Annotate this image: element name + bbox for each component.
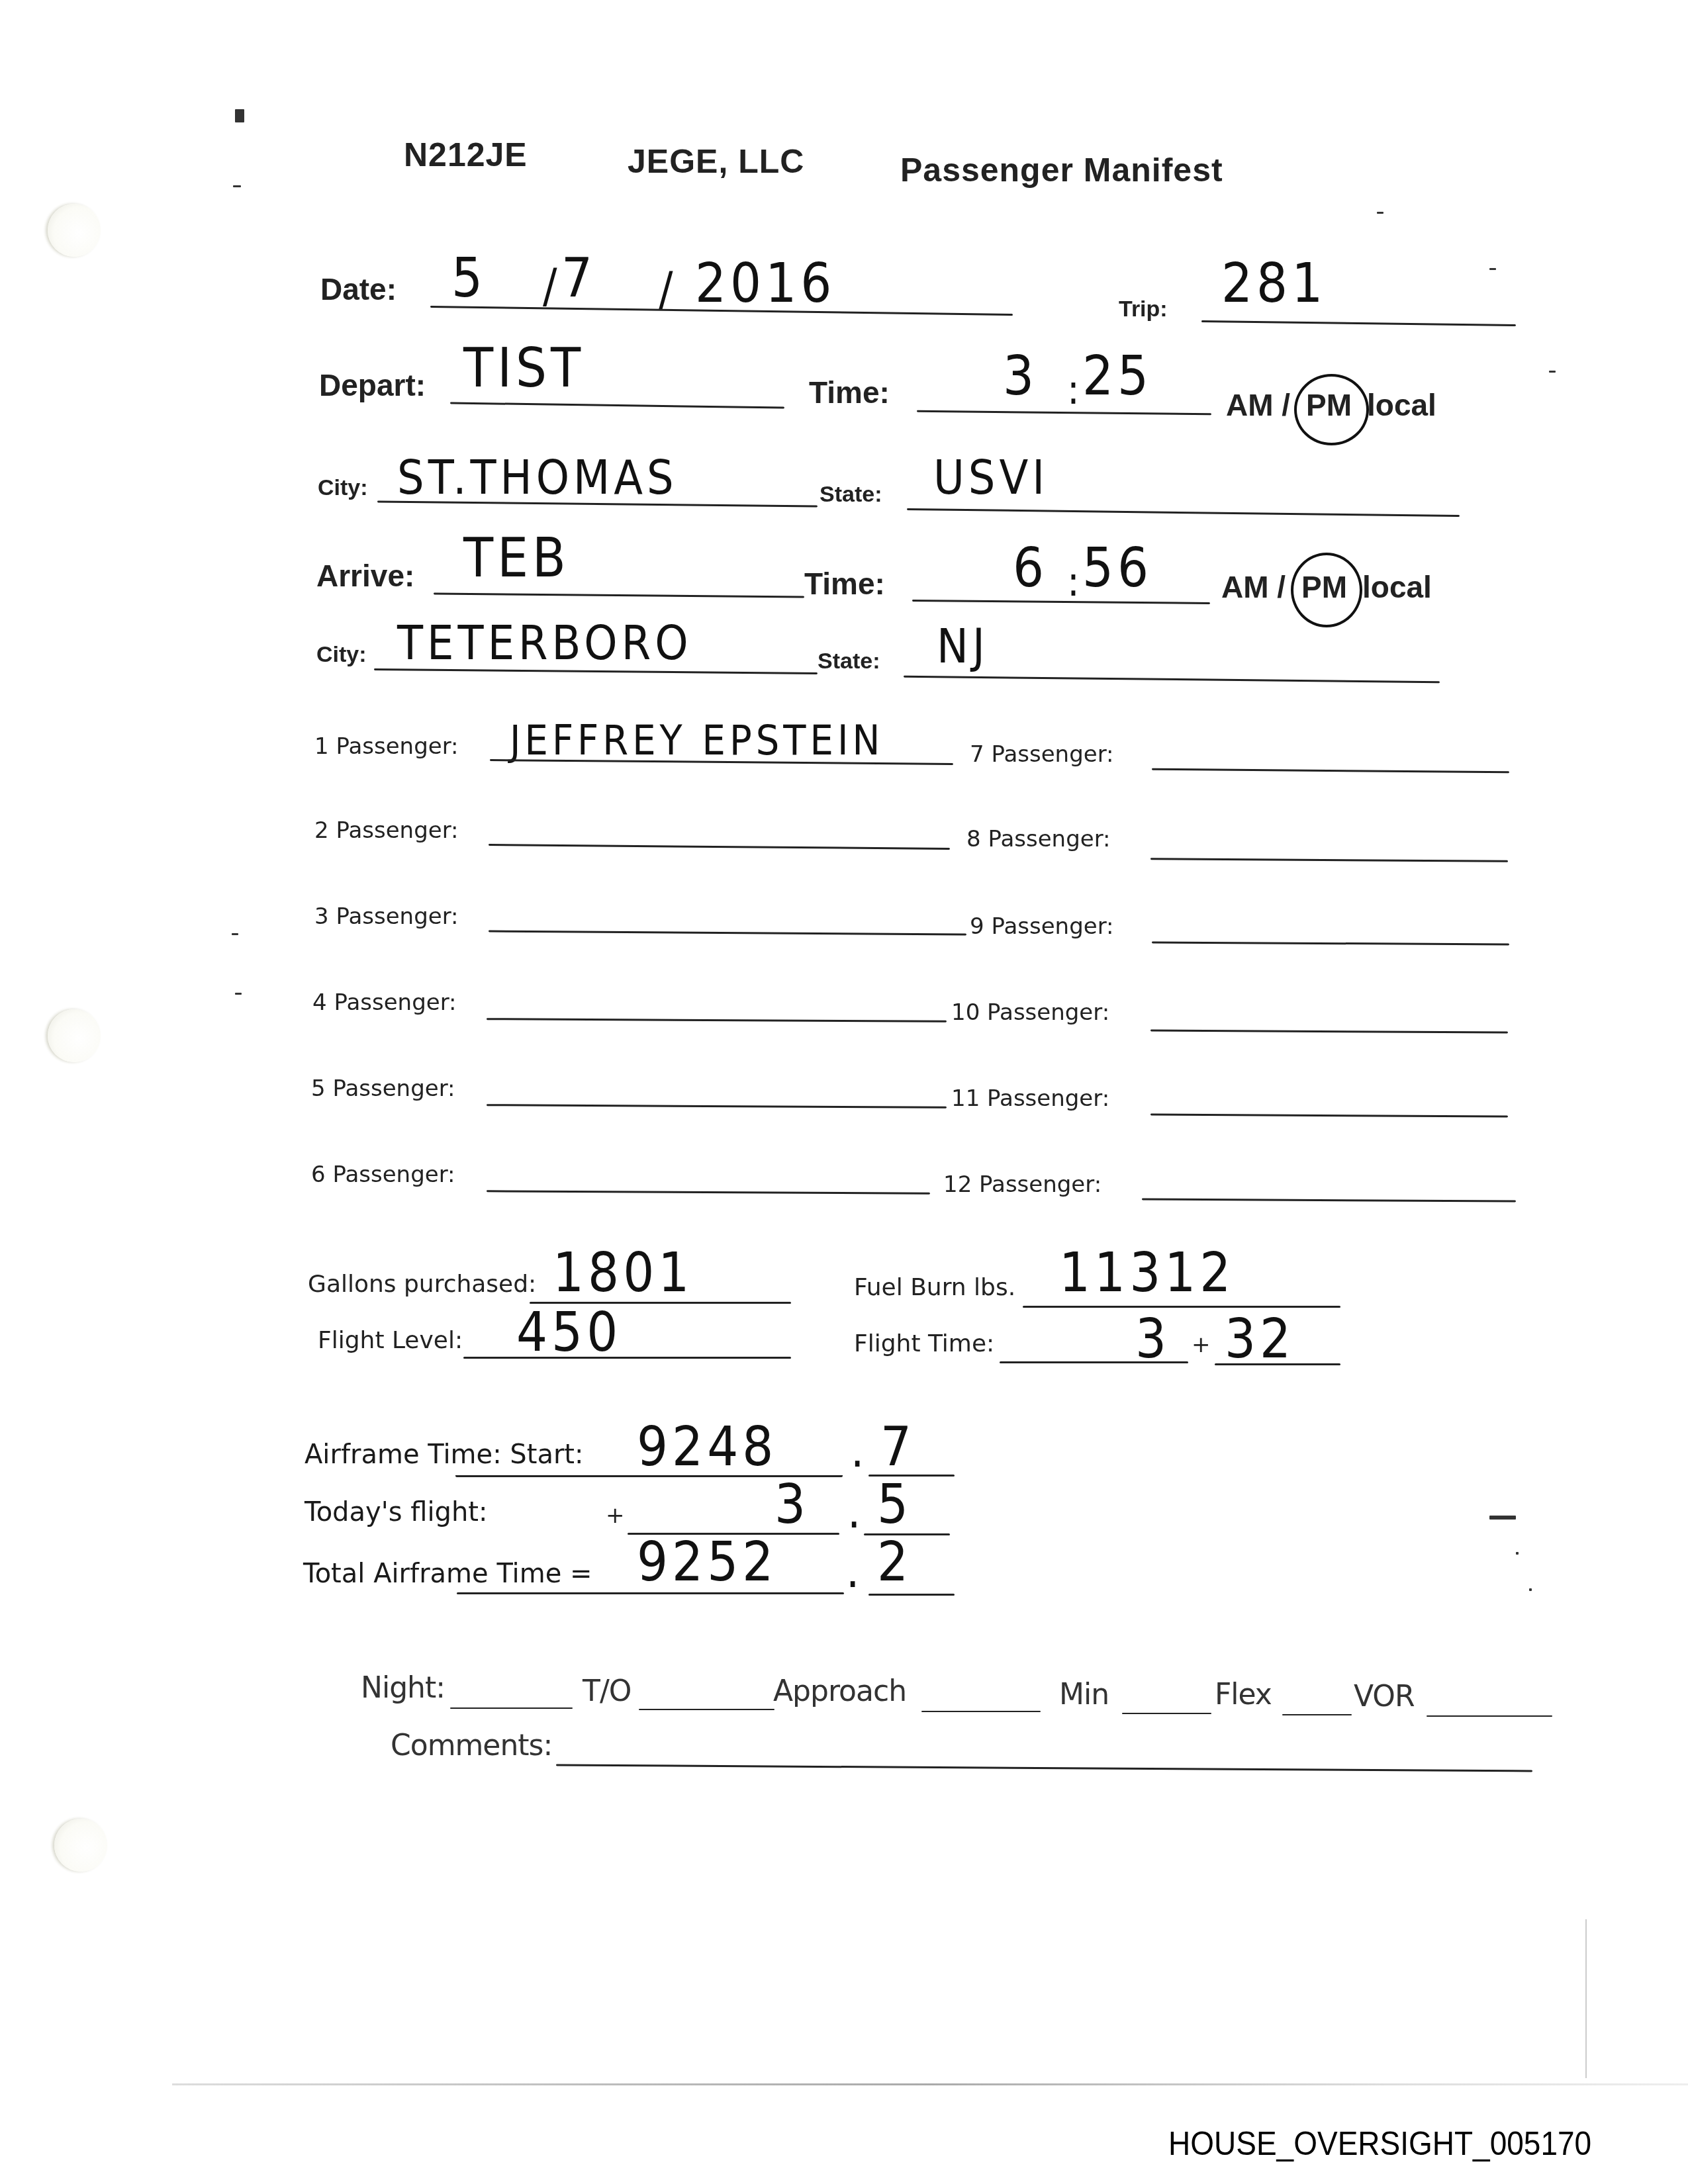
date-year-value[interactable]: 2016 bbox=[695, 252, 835, 315]
passenger-7-label: 7 Passenger: bbox=[970, 741, 1113, 768]
depart-am-option[interactable]: AM / bbox=[1226, 387, 1290, 423]
depart-state-underline bbox=[907, 508, 1460, 517]
depart-local-label: local bbox=[1367, 387, 1436, 423]
flight-level-underline bbox=[463, 1357, 791, 1359]
flight-time-underline-hours bbox=[1000, 1361, 1188, 1363]
flight-time-separator: + bbox=[1192, 1332, 1211, 1358]
gallons-purchased-value[interactable]: 1801 bbox=[553, 1242, 693, 1304]
airframe-start-label: Airframe Time: Start: bbox=[305, 1439, 584, 1470]
passenger-2-label: 2 Passenger: bbox=[314, 817, 458, 844]
passenger-1-label: 1 Passenger: bbox=[314, 733, 458, 760]
total-airframe-underline-tenth bbox=[868, 1594, 955, 1596]
airframe-start-whole-value[interactable]: 9248 bbox=[637, 1416, 777, 1479]
gallons-purchased-label: Gallons purchased: bbox=[308, 1271, 536, 1298]
arrive-hour-value[interactable]: 6 bbox=[1013, 537, 1048, 600]
depart-city-label: City: bbox=[318, 475, 368, 501]
company-name: JEGE, LLC bbox=[628, 142, 804, 181]
flight-level-label: Flight Level: bbox=[318, 1327, 463, 1354]
arrive-city-label: City: bbox=[316, 642, 367, 668]
todays-flight-tenth-value[interactable]: 5 bbox=[877, 1473, 912, 1536]
depart-state-value[interactable]: USVI bbox=[933, 452, 1049, 506]
scan-speck bbox=[235, 993, 242, 995]
approach-label: Approach bbox=[773, 1674, 906, 1708]
tail-number: N212JE bbox=[404, 136, 528, 174]
flight-level-value[interactable]: 450 bbox=[516, 1301, 622, 1364]
min-label: Min bbox=[1059, 1678, 1109, 1711]
passenger-8-label: 8 Passenger: bbox=[966, 826, 1110, 852]
depart-hour-value[interactable]: 3 bbox=[1003, 345, 1038, 408]
hole-punch-middle bbox=[48, 1009, 101, 1062]
vor-field[interactable] bbox=[1427, 1715, 1552, 1717]
page-edge-right bbox=[1585, 1919, 1587, 2078]
to-field[interactable] bbox=[639, 1709, 774, 1710]
depart-minute-value[interactable]: 25 bbox=[1082, 345, 1152, 408]
date-day-value[interactable]: 7 bbox=[561, 247, 596, 310]
depart-time-separator: : bbox=[1067, 367, 1084, 414]
passenger-7-underline bbox=[1152, 768, 1509, 774]
date-separator: / bbox=[543, 260, 561, 314]
passenger-9-underline bbox=[1152, 942, 1509, 946]
trip-underline bbox=[1201, 320, 1516, 326]
passenger-12-label: 12 Passenger: bbox=[943, 1171, 1102, 1198]
flight-time-minutes-value[interactable]: 32 bbox=[1225, 1308, 1295, 1371]
fuel-burn-label: Fuel Burn lbs. bbox=[854, 1274, 1015, 1301]
scan-speck bbox=[235, 109, 244, 122]
passenger-6-underline bbox=[487, 1190, 930, 1195]
passenger-6-label: 6 Passenger: bbox=[311, 1161, 455, 1188]
total-airframe-label: Total Airframe Time = bbox=[303, 1559, 592, 1589]
depart-city-value[interactable]: ST.THOMAS bbox=[397, 452, 678, 506]
flight-time-label: Flight Time: bbox=[854, 1330, 994, 1357]
depart-time-underline bbox=[917, 410, 1211, 416]
comments-field[interactable] bbox=[556, 1764, 1532, 1772]
passenger-11-label: 11 Passenger: bbox=[951, 1085, 1109, 1112]
scan-speck bbox=[233, 185, 241, 187]
night-label: Night: bbox=[361, 1671, 445, 1705]
date-label: Date: bbox=[320, 271, 397, 307]
hole-punch-top bbox=[48, 204, 101, 257]
arrive-am-option[interactable]: AM / bbox=[1221, 569, 1286, 605]
passenger-5-label: 5 Passenger: bbox=[311, 1075, 455, 1102]
arrive-state-label: State: bbox=[818, 649, 880, 674]
passenger-8-underline bbox=[1150, 858, 1508, 862]
arrive-label: Arrive: bbox=[316, 558, 414, 594]
passenger-10-label: 10 Passenger: bbox=[951, 999, 1109, 1026]
total-airframe-tenth-value[interactable]: 2 bbox=[877, 1531, 912, 1594]
arrive-underline bbox=[434, 593, 804, 598]
depart-state-label: State: bbox=[820, 482, 882, 508]
comments-label: Comments: bbox=[391, 1729, 552, 1762]
page-edge-bottom bbox=[172, 2083, 1688, 2085]
arrive-time-label: Time: bbox=[804, 566, 885, 602]
passenger-3-label: 3 Passenger: bbox=[314, 903, 458, 930]
flex-field[interactable] bbox=[1282, 1714, 1352, 1715]
passenger-4-label: 4 Passenger: bbox=[312, 989, 456, 1016]
arrive-time-underline bbox=[912, 600, 1210, 604]
depart-underline bbox=[450, 402, 784, 408]
airframe-start-tenth-value[interactable]: 7 bbox=[880, 1416, 915, 1479]
passenger-12-underline bbox=[1142, 1199, 1516, 1203]
flight-time-underline-minutes bbox=[1215, 1363, 1340, 1365]
passenger-3-underline bbox=[489, 930, 966, 935]
passenger-2-underline bbox=[489, 844, 950, 850]
to-label: T/O bbox=[583, 1674, 631, 1708]
depart-pm-selected-circle bbox=[1294, 374, 1369, 445]
trip-label: Trip: bbox=[1119, 296, 1168, 322]
arrive-time-separator: : bbox=[1067, 559, 1084, 606]
total-airframe-decimal: . bbox=[846, 1545, 863, 1599]
scan-speck bbox=[1489, 268, 1496, 270]
approach-field[interactable] bbox=[921, 1711, 1041, 1712]
vor-label: VOR bbox=[1354, 1680, 1415, 1713]
night-field[interactable] bbox=[450, 1707, 573, 1709]
passenger-11-underline bbox=[1150, 1114, 1508, 1118]
trip-number-value[interactable]: 281 bbox=[1221, 252, 1327, 315]
scan-speck bbox=[1489, 1516, 1516, 1520]
scan-speck bbox=[1529, 1588, 1532, 1591]
todays-flight-operator: + bbox=[606, 1502, 625, 1529]
todays-flight-decimal: . bbox=[847, 1486, 865, 1539]
total-airframe-whole-value[interactable]: 9252 bbox=[637, 1531, 777, 1594]
depart-time-label: Time: bbox=[809, 375, 890, 410]
scan-speck bbox=[1377, 212, 1383, 214]
todays-flight-whole-value[interactable]: 3 bbox=[774, 1473, 810, 1536]
passenger-10-underline bbox=[1150, 1030, 1508, 1034]
total-airframe-underline-whole bbox=[457, 1592, 844, 1594]
passenger-5-underline bbox=[487, 1104, 947, 1109]
airframe-start-decimal: . bbox=[851, 1425, 868, 1479]
passenger-4-underline bbox=[487, 1018, 947, 1023]
arrive-city-value[interactable]: TETERBORO bbox=[397, 617, 692, 671]
min-field[interactable] bbox=[1122, 1713, 1211, 1714]
depart-label: Depart: bbox=[319, 367, 426, 403]
hole-punch-bottom bbox=[54, 1819, 107, 1872]
fuel-burn-value[interactable]: 11312 bbox=[1059, 1242, 1235, 1304]
passenger-9-label: 9 Passenger: bbox=[970, 913, 1113, 940]
scan-speck bbox=[232, 933, 238, 935]
date-month-value[interactable]: 5 bbox=[451, 247, 487, 310]
arrive-local-label: local bbox=[1362, 569, 1432, 605]
todays-flight-label: Today's flight: bbox=[305, 1497, 487, 1527]
arrive-airport-value[interactable]: TEB bbox=[463, 527, 570, 590]
bates-number: HOUSE_OVERSIGHT_005170 bbox=[1168, 2124, 1591, 2163]
depart-airport-value[interactable]: TIST bbox=[463, 337, 585, 400]
scan-speck bbox=[1516, 1552, 1519, 1555]
form-title: Passenger Manifest bbox=[900, 151, 1223, 189]
arrive-pm-selected-circle bbox=[1291, 553, 1362, 627]
arrive-minute-value[interactable]: 56 bbox=[1082, 537, 1152, 600]
arrive-state-value[interactable]: NJ bbox=[937, 621, 989, 674]
flex-label: Flex bbox=[1215, 1678, 1272, 1711]
passenger-1-name[interactable]: JEFFREY EPSTEIN bbox=[510, 717, 884, 765]
arrive-state-underline bbox=[904, 676, 1440, 683]
scan-speck bbox=[1549, 371, 1556, 373]
